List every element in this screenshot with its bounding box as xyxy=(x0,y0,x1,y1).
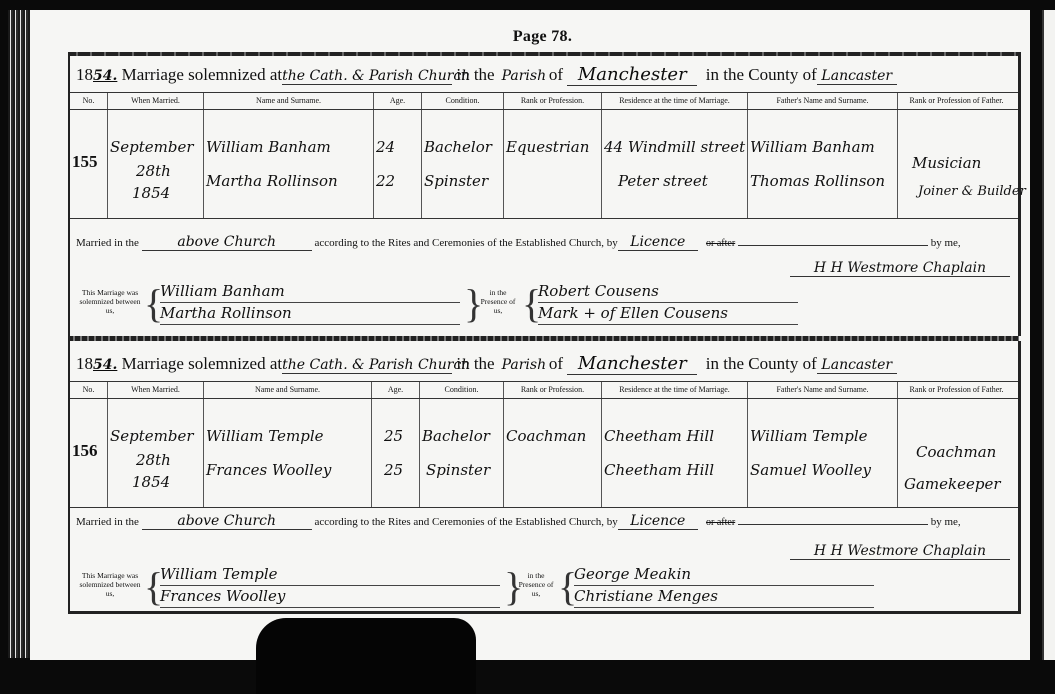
by-me-label: by me, xyxy=(931,516,961,528)
col-header-residence: Residence at the time of Marriage. xyxy=(602,382,748,398)
col-header-father: Father's Name and Surname. xyxy=(748,93,898,109)
groom-age: 25 xyxy=(384,427,403,445)
blank-line xyxy=(738,524,928,525)
bride-father-name: Thomas Rollinson xyxy=(750,172,885,190)
county-label: in the County of xyxy=(706,65,817,84)
witness-2-signature: Christiane Menges xyxy=(574,587,874,608)
licence-type: Licence xyxy=(618,513,698,530)
groom-age: 24 xyxy=(376,138,395,156)
witness-2-signature: Mark + of Ellen Cousens xyxy=(538,304,798,325)
cell-names: William Temple Frances Woolley xyxy=(204,399,372,507)
groom-condition: Bachelor xyxy=(422,427,490,445)
col-header-no: No. xyxy=(70,382,108,398)
bride-condition: Spinster xyxy=(426,461,490,479)
col-header-when: When Married. xyxy=(108,382,204,398)
bride-father-profession: Joiner & Builder xyxy=(918,184,1026,199)
groom-father-name: William Banham xyxy=(750,138,875,156)
cell-residences: 44 Windmill street Peter street xyxy=(602,110,748,218)
county-name: Lancaster xyxy=(817,68,897,85)
married-in-line: Married in the above Church according to… xyxy=(76,513,1012,533)
solemnized-label: Marriage solemnized at xyxy=(122,354,283,373)
marriage-month: September xyxy=(110,138,194,156)
column-header-row: No. When Married. Name and Surname. Age.… xyxy=(70,382,1018,399)
groom-profession: Equestrian xyxy=(506,138,589,156)
bride-residence: Cheetham Hill xyxy=(604,461,714,479)
parish-name: Manchester xyxy=(567,64,697,86)
entry-headline: 1854. Marriage solemnized atthe Cath. & … xyxy=(76,64,1012,90)
bride-age: 22 xyxy=(376,172,395,190)
church-name: the Cath. & Parish Church xyxy=(282,68,452,85)
col-header-father-profession: Rank or Profession of Father. xyxy=(898,382,1015,398)
bride-residence: Peter street xyxy=(618,172,708,190)
church-name: the Cath. & Parish Church xyxy=(282,357,452,374)
or-after-struck: or after xyxy=(706,517,735,528)
cell-conditions: Bachelor Spinster xyxy=(422,110,504,218)
groom-signature: William Temple xyxy=(160,565,500,586)
cell-no: 155 xyxy=(70,110,108,218)
of-label: of xyxy=(549,354,563,373)
year-suffix: 54. xyxy=(93,68,117,84)
cell-no: 156 xyxy=(70,399,108,507)
bride-age: 25 xyxy=(384,461,403,479)
parish-label: Parish xyxy=(499,68,549,84)
col-header-when: When Married. xyxy=(108,93,204,109)
marriage-year: 1854 xyxy=(132,184,170,202)
parish-label: Parish xyxy=(499,357,549,373)
signature-block: This Marriage was solemnized between us,… xyxy=(76,280,1012,328)
groom-signature: William Banham xyxy=(160,282,460,303)
married-in-place: above Church xyxy=(142,234,312,251)
of-label: of xyxy=(549,65,563,84)
year-prefix: 18 xyxy=(76,65,93,84)
col-header-age: Age. xyxy=(372,382,420,398)
page-number: Page 78. xyxy=(0,28,1055,46)
this-marriage-label: This Marriage was solemnized between us, xyxy=(76,571,144,598)
witness-1-signature: George Meakin xyxy=(574,565,874,586)
officiant-signature: H H Westmore Chaplain xyxy=(790,260,1010,277)
col-header-father-profession: Rank or Profession of Father. xyxy=(898,93,1015,109)
married-in-place: above Church xyxy=(142,513,312,530)
marriage-entry-155: 1854. Marriage solemnized atthe Cath. & … xyxy=(68,52,1021,336)
witness-1-signature: Robert Cousens xyxy=(538,282,798,303)
married-in-label: Married in the xyxy=(76,237,139,249)
cell-professions: Coachman xyxy=(504,399,602,507)
marriage-day: 28th xyxy=(136,451,171,469)
entry-data-row: 156 September 28th 1854 William Temple F… xyxy=(70,399,1018,508)
groom-condition: Bachelor xyxy=(424,138,492,156)
bride-signature: Frances Woolley xyxy=(160,587,500,608)
according-label: according to the Rites and Ceremonies of… xyxy=(314,516,617,528)
entry-table: No. When Married. Name and Surname. Age.… xyxy=(70,381,1018,382)
bride-condition: Spinster xyxy=(424,172,488,190)
entry-data-row: 155 September 28th 1854 William Banham M… xyxy=(70,110,1018,219)
entry-number: 156 xyxy=(72,441,98,461)
bride-name: Martha Rollinson xyxy=(206,172,338,190)
groom-residence: 44 Windmill street xyxy=(604,138,745,156)
this-marriage-label: This Marriage was solemnized between us, xyxy=(76,288,144,315)
col-header-name: Name and Surname. xyxy=(204,93,374,109)
married-in-line: Married in the above Church according to… xyxy=(76,234,1012,254)
adjacent-page-edge xyxy=(1042,10,1055,670)
groom-father-name: William Temple xyxy=(750,427,868,445)
groom-father-profession: Musician xyxy=(912,154,981,172)
bride-father-profession: Gamekeeper xyxy=(904,475,1001,493)
groom-name: William Temple xyxy=(206,427,324,445)
col-header-condition: Condition. xyxy=(422,93,504,109)
in-the-label: in the xyxy=(456,354,494,373)
cell-when: September 28th 1854 xyxy=(108,110,204,218)
entry-number: 155 xyxy=(72,152,98,172)
cell-father-professions: Musician Joiner & Builder xyxy=(898,110,1015,218)
cell-professions: Equestrian xyxy=(504,110,602,218)
thumb-shadow-obstruction xyxy=(256,618,476,694)
licence-type: Licence xyxy=(618,234,698,251)
marriage-month: September xyxy=(110,427,194,445)
presence-label: in the Presence of us, xyxy=(516,571,556,598)
entry-headline: 1854. Marriage solemnized atthe Cath. & … xyxy=(76,353,1012,379)
col-header-age: Age. xyxy=(374,93,422,109)
groom-profession: Coachman xyxy=(506,427,586,445)
county-label: in the County of xyxy=(706,354,817,373)
presence-label: in the Presence of us, xyxy=(478,288,518,315)
bride-name: Frances Woolley xyxy=(206,461,331,479)
col-header-profession: Rank or Profession. xyxy=(504,93,602,109)
year-prefix: 18 xyxy=(76,354,93,373)
marriage-day: 28th xyxy=(136,162,171,180)
marriage-year: 1854 xyxy=(132,473,170,491)
or-after-struck: or after xyxy=(706,238,735,249)
solemnized-label: Marriage solemnized at xyxy=(122,65,283,84)
cell-father-professions: Coachman Gamekeeper xyxy=(898,399,1015,507)
groom-father-profession: Coachman xyxy=(916,443,996,461)
officiant-signature: H H Westmore Chaplain xyxy=(790,543,1010,560)
col-header-name: Name and Surname. xyxy=(204,382,372,398)
parish-name: Manchester xyxy=(567,353,697,375)
in-the-label: in the xyxy=(456,65,494,84)
entry-top-border xyxy=(70,52,1018,56)
cell-fathers: William Temple Samuel Woolley xyxy=(748,399,898,507)
col-header-residence: Residence at the time of Marriage. xyxy=(602,93,748,109)
scan-bottom-margin xyxy=(0,660,1055,694)
signature-block: This Marriage was solemnized between us,… xyxy=(76,563,1012,611)
year-suffix: 54. xyxy=(93,357,117,373)
cell-names: William Banham Martha Rollinson xyxy=(204,110,374,218)
by-me-label: by me, xyxy=(931,237,961,249)
entry-table: No. When Married. Name and Surname. Age.… xyxy=(70,92,1018,93)
cell-conditions: Bachelor Spinster xyxy=(420,399,504,507)
col-header-condition: Condition. xyxy=(420,382,504,398)
bride-signature: Martha Rollinson xyxy=(160,304,460,325)
cell-when: September 28th 1854 xyxy=(108,399,204,507)
marriage-entry-156: 1854. Marriage solemnized atthe Cath. & … xyxy=(68,341,1021,614)
column-header-row: No. When Married. Name and Surname. Age.… xyxy=(70,93,1018,110)
col-header-profession: Rank or Profession. xyxy=(504,382,602,398)
cell-residences: Cheetham Hill Cheetham Hill xyxy=(602,399,748,507)
bride-father-name: Samuel Woolley xyxy=(750,461,871,479)
cell-fathers: William Banham Thomas Rollinson xyxy=(748,110,898,218)
groom-name: William Banham xyxy=(206,138,331,156)
cell-ages: 24 22 xyxy=(374,110,422,218)
col-header-father: Father's Name and Surname. xyxy=(748,382,898,398)
married-in-label: Married in the xyxy=(76,516,139,528)
col-header-no: No. xyxy=(70,93,108,109)
county-name: Lancaster xyxy=(817,357,897,374)
cell-ages: 25 25 xyxy=(372,399,420,507)
groom-residence: Cheetham Hill xyxy=(604,427,714,445)
according-label: according to the Rites and Ceremonies of… xyxy=(314,237,617,249)
blank-line xyxy=(738,245,928,246)
